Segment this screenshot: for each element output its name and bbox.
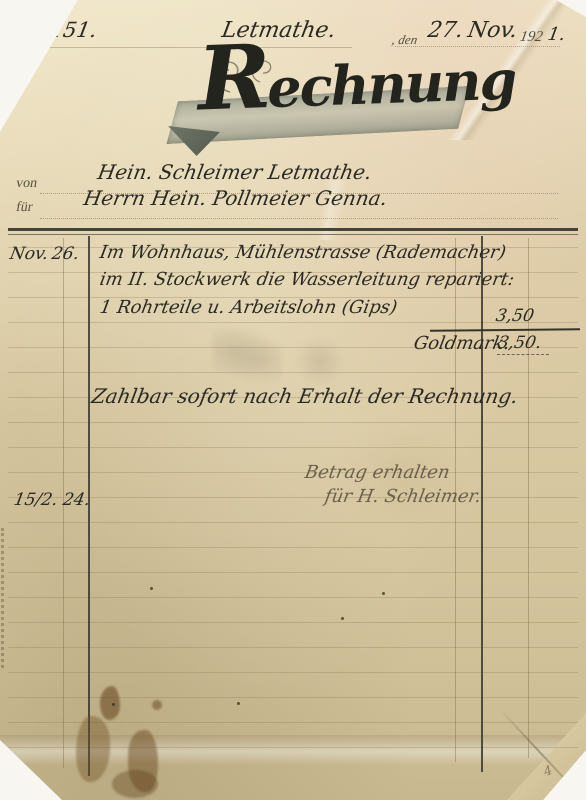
total-underline [497, 354, 549, 356]
entry-line-1: Im Wohnhaus, Mühlenstrasse (Rademacher) [100, 242, 506, 263]
speck [341, 617, 344, 620]
entry-line-2: im II. Stockwerk die Wasserleitung repar… [100, 269, 514, 290]
folio-number: 151. [50, 18, 97, 42]
ledger-column-line [481, 236, 483, 772]
speck [237, 702, 240, 705]
entry-day: 26. [52, 244, 79, 264]
speck [150, 587, 153, 590]
total-amount: 3,50. [498, 333, 541, 353]
scan-background: Fol. 151. Letmathe. , den 27. Nov. 192 1… [0, 0, 586, 800]
payment-terms: Zahlbar sofort nach Erhalt der Rechnung. [92, 384, 518, 408]
entry-amount: 3,50 [496, 306, 534, 326]
date-day: 27. [428, 18, 463, 43]
date-month: Nov. [468, 18, 517, 43]
date-rule [395, 46, 560, 48]
ink-stain [100, 686, 120, 720]
for-rule [40, 218, 558, 220]
torn-edge [1, 528, 7, 668]
folio-label: Fol. [14, 30, 39, 47]
erased-pencil-smudge [290, 332, 350, 392]
for-value: Herrn Hein. Pollmeier Genna. [84, 186, 387, 210]
header-double-rule [8, 228, 578, 235]
document-title: Rechnung [197, 52, 516, 117]
received-note: Betrag erhalten [305, 462, 450, 483]
date-prefix-label: , den [392, 32, 417, 48]
erased-pencil-smudge [212, 328, 282, 383]
speck [382, 592, 385, 595]
ruled-lines [8, 247, 578, 748]
signature: für H. Schleimer. [325, 486, 481, 507]
year-written: 1. [548, 24, 565, 45]
entry-line-3: 1 Rohrteile u. Arbeitslohn (Gips) [100, 297, 397, 318]
ink-stain [112, 770, 158, 798]
ink-stain [76, 716, 110, 782]
ink-stain [152, 700, 162, 710]
from-label: von [16, 176, 37, 192]
entry-month: Nov. [10, 244, 48, 264]
for-label: für [16, 200, 32, 216]
total-label: Goldmark. [414, 333, 510, 354]
year-printed: 192 [520, 29, 543, 46]
speck [112, 703, 115, 706]
from-value: Hein. Schleimer Letmathe. [98, 160, 372, 184]
invoice-paper: Fol. 151. Letmathe. , den 27. Nov. 192 1… [0, 0, 586, 800]
paid-date: 15/2. 24. [14, 490, 90, 510]
